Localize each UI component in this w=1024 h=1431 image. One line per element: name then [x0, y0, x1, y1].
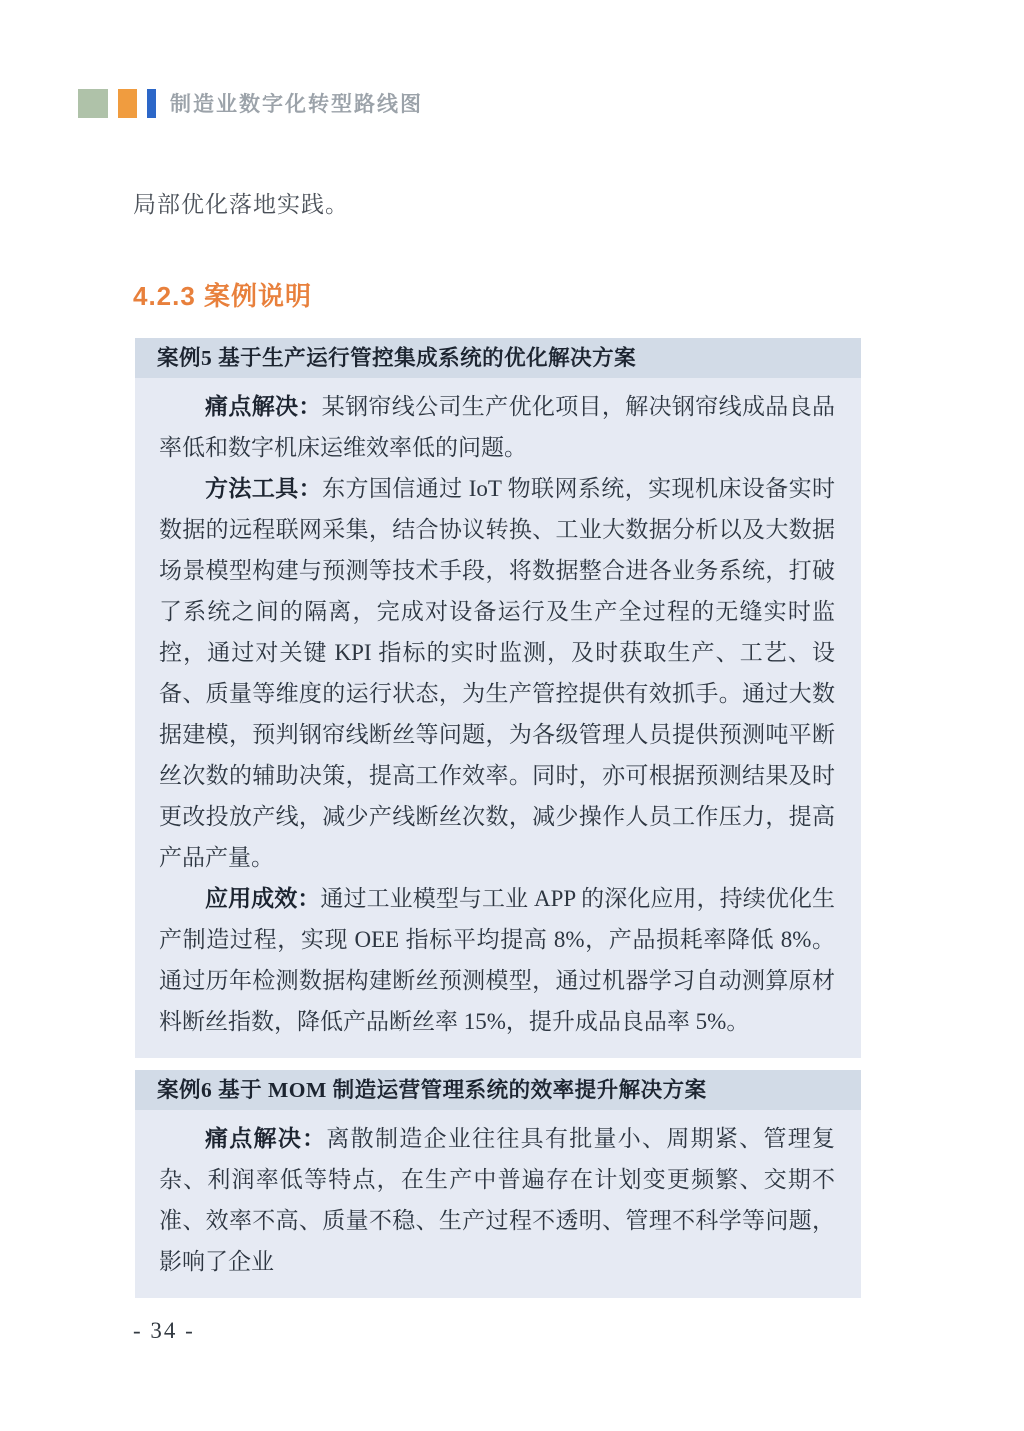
case5-title: 案例5 基于生产运行管控集成系统的优化解决方案: [135, 338, 861, 378]
case5-paragraph-pain: 痛点解决：某钢帘线公司生产优化项目，解决钢帘线成品良品率低和数字机床运维效率低的…: [159, 386, 835, 468]
document-title: 制造业数字化转型路线图: [170, 88, 423, 118]
paragraph-label: 应用成效：: [205, 885, 320, 911]
section-heading: 4.2.3 案例说明: [133, 276, 312, 313]
page-number: - 34 -: [133, 1318, 195, 1344]
paragraph-text: 东方国信通过 IoT 物联网系统，实现机床设备实时数据的远程联网采集，结合协议转…: [159, 476, 835, 870]
header-brand: 制造业数字化转型路线图: [78, 88, 423, 118]
case5-body: 痛点解决：某钢帘线公司生产优化项目，解决钢帘线成品良品率低和数字机床运维效率低的…: [135, 378, 861, 1058]
paragraph-label: 痛点解决：: [205, 1125, 326, 1151]
brand-blue-block-icon: [147, 89, 156, 118]
case5-paragraph-effect: 应用成效：通过工业模型与工业 APP 的深化应用，持续优化生产制造过程，实现 O…: [159, 878, 835, 1042]
document-page: 制造业数字化转型路线图 局部优化落地实践。 4.2.3 案例说明 案例5 基于生…: [0, 0, 1024, 1431]
case6-paragraph-pain: 痛点解决：离散制造企业往往具有批量小、周期紧、管理复杂、利润率低等特点，在生产中…: [159, 1118, 835, 1282]
case5-box: 案例5 基于生产运行管控集成系统的优化解决方案 痛点解决：某钢帘线公司生产优化项…: [135, 338, 861, 1058]
case6-body: 痛点解决：离散制造企业往往具有批量小、周期紧、管理复杂、利润率低等特点，在生产中…: [135, 1110, 861, 1298]
brand-green-block-icon: [78, 89, 108, 118]
intro-text: 局部优化落地实践。: [133, 186, 349, 219]
paragraph-label: 痛点解决：: [205, 393, 322, 419]
case5-paragraph-method: 方法工具：东方国信通过 IoT 物联网系统，实现机床设备实时数据的远程联网采集，…: [159, 468, 835, 878]
paragraph-label: 方法工具：: [205, 475, 322, 501]
case6-title: 案例6 基于 MOM 制造运营管理系统的效率提升解决方案: [135, 1070, 861, 1110]
brand-orange-block-icon: [118, 89, 137, 118]
case6-box: 案例6 基于 MOM 制造运营管理系统的效率提升解决方案 痛点解决：离散制造企业…: [135, 1070, 861, 1298]
